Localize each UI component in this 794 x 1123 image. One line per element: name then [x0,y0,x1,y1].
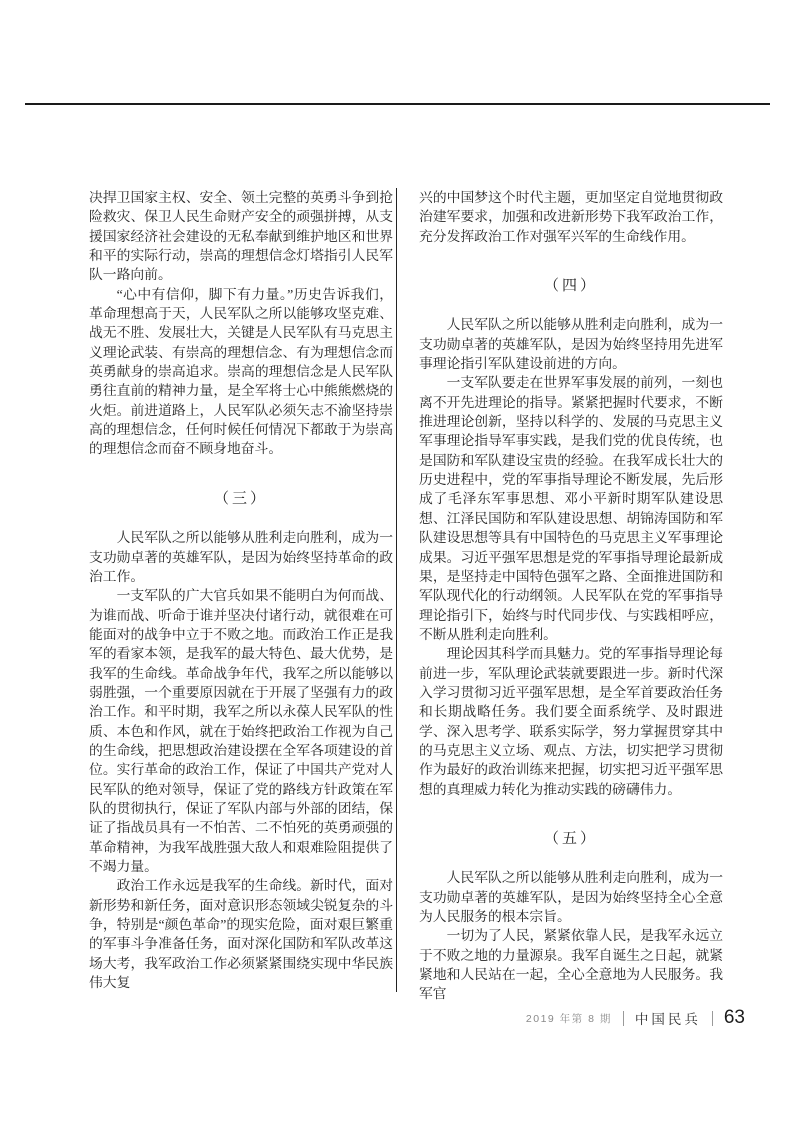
column-left: 决捍卫国家主权、安全、领土完整的英勇斗争到抢险救灾、保卫人民生命财产安全的顽强拼… [89,188,393,1004]
footer-divider-icon [623,1011,624,1026]
paragraph: 人民军队之所以能够从胜利走向胜利，成为一支功勋卓著的英雄军队，是因为始终坚持全心… [419,868,723,926]
issue-label: 2019 年第 8 期 [526,1011,612,1026]
page-footer: 2019 年第 8 期 中国民兵 63 [526,1004,745,1032]
section-heading: （五） [419,830,723,849]
column-right: 兴的中国梦这个时代主题，更加坚定自觉地贯彻政治建军要求，加强和改进新形势下我军政… [419,188,723,1004]
paragraph: 一支军队的广大官兵如果不能明白为何而战、为谁而战、听命于谁并坚决付诸行动，就很难… [89,586,393,876]
magazine-page: 决捍卫国家主权、安全、领土完整的英勇斗争到抢险救灾、保卫人民生命财产安全的顽强拼… [0,0,794,1123]
paragraph: 兴的中国梦这个时代主题，更加坚定自觉地贯彻政治建军要求，加强和改进新形势下我军政… [419,188,723,246]
paragraph: 政治工作永远是我军的生命线。新时代，面对新形势和新任务，面对意识形态领域尖锐复杂… [89,876,393,992]
paragraph: 理论因其科学而具魅力。党的军事指导理论每前进一步，军队理论武装就要跟进一步。新时… [419,644,723,799]
paragraph: 一支军队要走在世界军事发展的前列，一刻也离不开先进理论的指导。紧紧把握时代要求，… [419,373,723,644]
section-heading: （四） [419,277,723,296]
article-body: 决捍卫国家主权、安全、领土完整的英勇斗争到抢险救灾、保卫人民生命财产安全的顽强拼… [89,188,723,1004]
footer-divider-icon [712,1011,713,1026]
paragraph: “心中有信仰，脚下有力量。”历史告诉我们，革命理想高于天，人民军队之所以能够攻坚… [89,285,393,459]
column-divider-line [396,188,397,992]
page-number: 63 [724,1007,745,1029]
paragraph: 人民军队之所以能够从胜利走向胜利，成为一支功勋卓著的英雄军队，是因为始终坚持革命… [89,528,393,586]
magazine-title: 中国民兵 [635,1008,701,1028]
paragraph: 人民军队之所以能够从胜利走向胜利，成为一支功勋卓著的英雄军队，是因为始终坚持用先… [419,315,723,373]
top-rule [25,103,770,105]
section-heading: （三） [89,490,393,509]
paragraph: 决捍卫国家主权、安全、领土完整的英勇斗争到抢险救灾、保卫人民生命财产安全的顽强拼… [89,188,393,285]
paragraph: 一切为了人民，紧紧依靠人民，是我军永远立于不败之地的力量源泉。我军自诞生之日起，… [419,926,723,1003]
